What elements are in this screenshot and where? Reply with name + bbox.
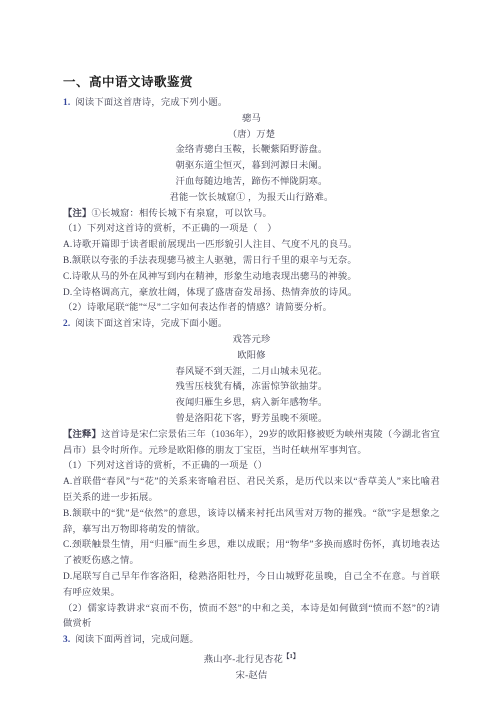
question-3-number: 3. — [63, 635, 70, 645]
question-2-sub-2: （2）儒家诗教讲求“哀而不伤，愤而不怒”的中和之美，本诗是如何做到“愤而不怒”的… — [63, 602, 440, 634]
question-1-option-d: D.全诗格调高亢，豪放壮阔，体现了盛唐奋发昂扬、热情奔放的诗风。 — [63, 286, 440, 302]
question-1-intro-line: 1.阅读下面这首唐诗，完成下列小题。 — [63, 96, 440, 112]
poem-1-note-text: ①长城窟：相传长城下有泉窟，可以饮马。 — [92, 209, 272, 219]
question-1-sub-1: （1）下列对这首诗的赏析，不正确的一项是（ ） — [63, 222, 440, 238]
poem-1-note-label: 【注】 — [63, 209, 92, 219]
poem-2-note-label: 【注释】 — [63, 430, 101, 440]
poem-1-line: 汗血每随边地苦，蹄伤不惮陇阴寒。 — [63, 175, 440, 191]
poem-1-note: 【注】①长城窟：相传长城下有泉窟，可以饮马。 — [63, 207, 440, 223]
question-2-option-a: A.首联借“春风”与“花”的关系来寄喻君臣、君民关系，是历代以来以“香草美人”来… — [63, 475, 440, 507]
poem-1-line: 朝驱东道尘恒灭，暮到河源日未阑。 — [63, 159, 440, 175]
poem-3-title-line: 燕山亭-北行见杏花【1】 — [63, 649, 440, 669]
question-1-option-a: A.诗歌开篇即于读者眼前展现出一匹形貌引人注目、气度不凡的良马。 — [63, 238, 440, 254]
poem-2-line: 夜闻归雁生乡思，病入新年感物华。 — [63, 396, 440, 412]
question-2-option-c: C.颈联触景生情，用“归雁”而生乡思，难以成眠；用“物华”多换而感时伤怀，真切地… — [63, 538, 440, 570]
question-1-intro: 阅读下面这首唐诗，完成下列小题。 — [75, 98, 227, 108]
question-3-intro: 阅读下面两首词，完成问题。 — [75, 635, 198, 645]
poem-2-line: 曾是洛阳花下客，野芳虽晚不须嗟。 — [63, 412, 440, 428]
document-page: 一、高中语文诗歌鉴赏 1.阅读下面这首唐诗，完成下列小题。 骢马 （唐）万楚 金… — [0, 0, 500, 707]
poem-1-line: 金络青骢白玉鞍，长鞭紫陌野游盘。 — [63, 143, 440, 159]
poem-2-title: 戏答元珍 — [63, 333, 440, 349]
question-1-option-c: C.诗歌从马的外在风神写到内在精神，形象生动地表现出骢马的神骏。 — [63, 270, 440, 286]
question-2-sub-1: （1）下列对这首诗的赏析，不正确的一项是（） — [63, 459, 440, 475]
question-2-option-d: D.尾联写自己早年作客洛阳，稔熟洛阳牡丹，今日山城野花虽晚，自己全不在意。与首联… — [63, 570, 440, 602]
poem-2-note: 【注释】这首诗是宋仁宗景佑三年（1036年），29岁的欧阳修被贬为峡州夷陵（今湖… — [63, 428, 440, 460]
poem-3-title-superscript: 【1】 — [283, 653, 299, 660]
poem-2-line: 春风疑不到天涯，二月山城未见花。 — [63, 365, 440, 381]
poem-1-title: 骢马 — [63, 112, 440, 128]
poem-3-author: 宋-赵佶 — [63, 669, 440, 685]
question-2-option-b: B.颔联中的“犹”是“依然”的意思，该诗以橘来衬托出风雪对万物的摧残。“欲”字是… — [63, 507, 440, 539]
poem-2-note-text: 这首诗是宋仁宗景佑三年（1036年），29岁的欧阳修被贬为峡州夷陵（今湖北省宜昌… — [63, 430, 440, 456]
section-heading: 一、高中语文诗歌鉴赏 — [63, 72, 440, 90]
poem-3-title: 燕山亭-北行见杏花 — [204, 655, 283, 665]
poem-1-line: 君能一饮长城窟① ，为报天山行路难。 — [63, 191, 440, 207]
question-1-option-b: B.颔联以夸张的手法表现骢马被主人驱驰，需日行千里的艰辛与无奈。 — [63, 254, 440, 270]
question-2-intro-line: 2.阅读下面这首宋诗，完成下面小题。 — [63, 317, 440, 333]
question-1-number: 1. — [63, 98, 70, 108]
question-2-number: 2. — [63, 319, 70, 329]
question-3-intro-line: 3.阅读下面两首词，完成问题。 — [63, 633, 440, 649]
poem-2-line: 残雪压枝犹有橘，冻雷惊笋欲抽芽。 — [63, 380, 440, 396]
poem-1-author: （唐）万楚 — [63, 128, 440, 144]
question-1-sub-2: （2）诗歌尾联“能”“尽”二字如何表达作者的情感？请简要分析。 — [63, 301, 440, 317]
poem-2-author: 欧阳修 — [63, 349, 440, 365]
question-2-intro: 阅读下面这首宋诗，完成下面小题。 — [75, 319, 227, 329]
